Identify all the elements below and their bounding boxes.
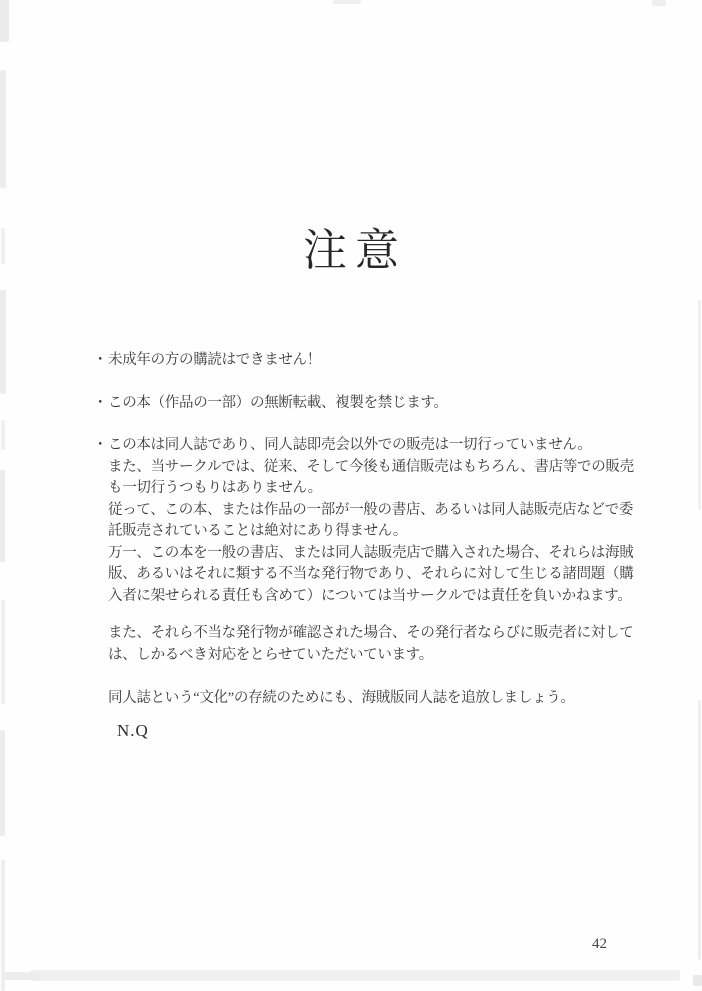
notice-line: また、当サークルでは、従来、そして今後も通信販売はもちろん、書店等での販売 [93,457,653,479]
scan-artifact-right-edge [698,700,701,960]
scan-artifact-right-edge [698,300,701,510]
scan-artifact-top-edge [333,0,361,4]
scan-artifact-left-edge [1,420,5,450]
notice-line: この本は同人誌であり、同人誌即売会以外での販売は一切行っていません。 [108,435,592,457]
scan-artifact-top-left [0,0,9,42]
notice-bullet: ・ この本（作品の一部）の無断転載、複製を禁じます。 [93,393,653,415]
notice-line: 入者に架せられる責任も含めて）については当サークルでは責任を負いかねます。 [93,586,653,608]
scan-artifact-left-edge [0,290,6,394]
paragraph-line: また、それら不当な発行物が確認された場合、その発行者ならびに販売者に対して [93,623,653,645]
scan-artifact-left-edge [0,470,5,562]
notice-line: この本（作品の一部）の無断転載、複製を禁じます。 [108,393,448,415]
notice-line: 版、あるいはそれに類する不当な発行物であり、それらに対して生じる諸問題（購 [93,564,653,586]
paragraph-line: 同人誌という“文化”の存続のためにも、海賊版同人誌を追放しましょう。 [93,688,653,710]
notice-bullet: ・ この本は同人誌であり、同人誌即売会以外での販売は一切行っていません。 [93,435,653,457]
scan-artifact-top-edge [652,0,666,6]
notice-line: 万一、この本を一般の書店、または同人誌販売店で購入された場合、それらは海賊 [93,543,653,565]
notice-bullet: ・ 未成年の方の購読はできません！ [93,350,653,372]
scan-artifact-left-edge [0,70,6,188]
bullet-marker: ・ [93,435,108,457]
notice-line: 未成年の方の購読はできません！ [108,350,321,372]
scan-artifact-left-edge [0,730,5,836]
scan-artifact-bottom-right [693,975,702,986]
page-title: 注意 [0,214,702,278]
notice-line: 託販売されていることは絶対にあり得ません。 [93,521,653,543]
scan-artifact-left-edge [1,600,5,704]
bullet-marker: ・ [93,350,108,372]
scan-artifact-left-edge [1,860,5,991]
notice-line: 従って、この本、または作品の一部が一般の書店、あるいは同人誌販売店などで委 [93,500,653,522]
notice-body: ・ 未成年の方の購読はできません！ ・ この本（作品の一部）の無断転載、複製を禁… [93,350,653,709]
scan-artifact-bottom-edge [5,972,41,980]
bullet-marker: ・ [93,393,108,415]
signature: N.Q [117,721,149,741]
scan-artifact-bottom-edge [30,970,680,981]
paragraph-line: は、しかるべき対応をとらせていただいています。 [93,645,653,667]
scanned-page: 注意 ・ 未成年の方の購読はできません！ ・ この本（作品の一部）の無断転載、複… [0,0,702,991]
page-number: 42 [592,936,607,953]
notice-line: も一切行うつもりはありません。 [93,478,653,500]
